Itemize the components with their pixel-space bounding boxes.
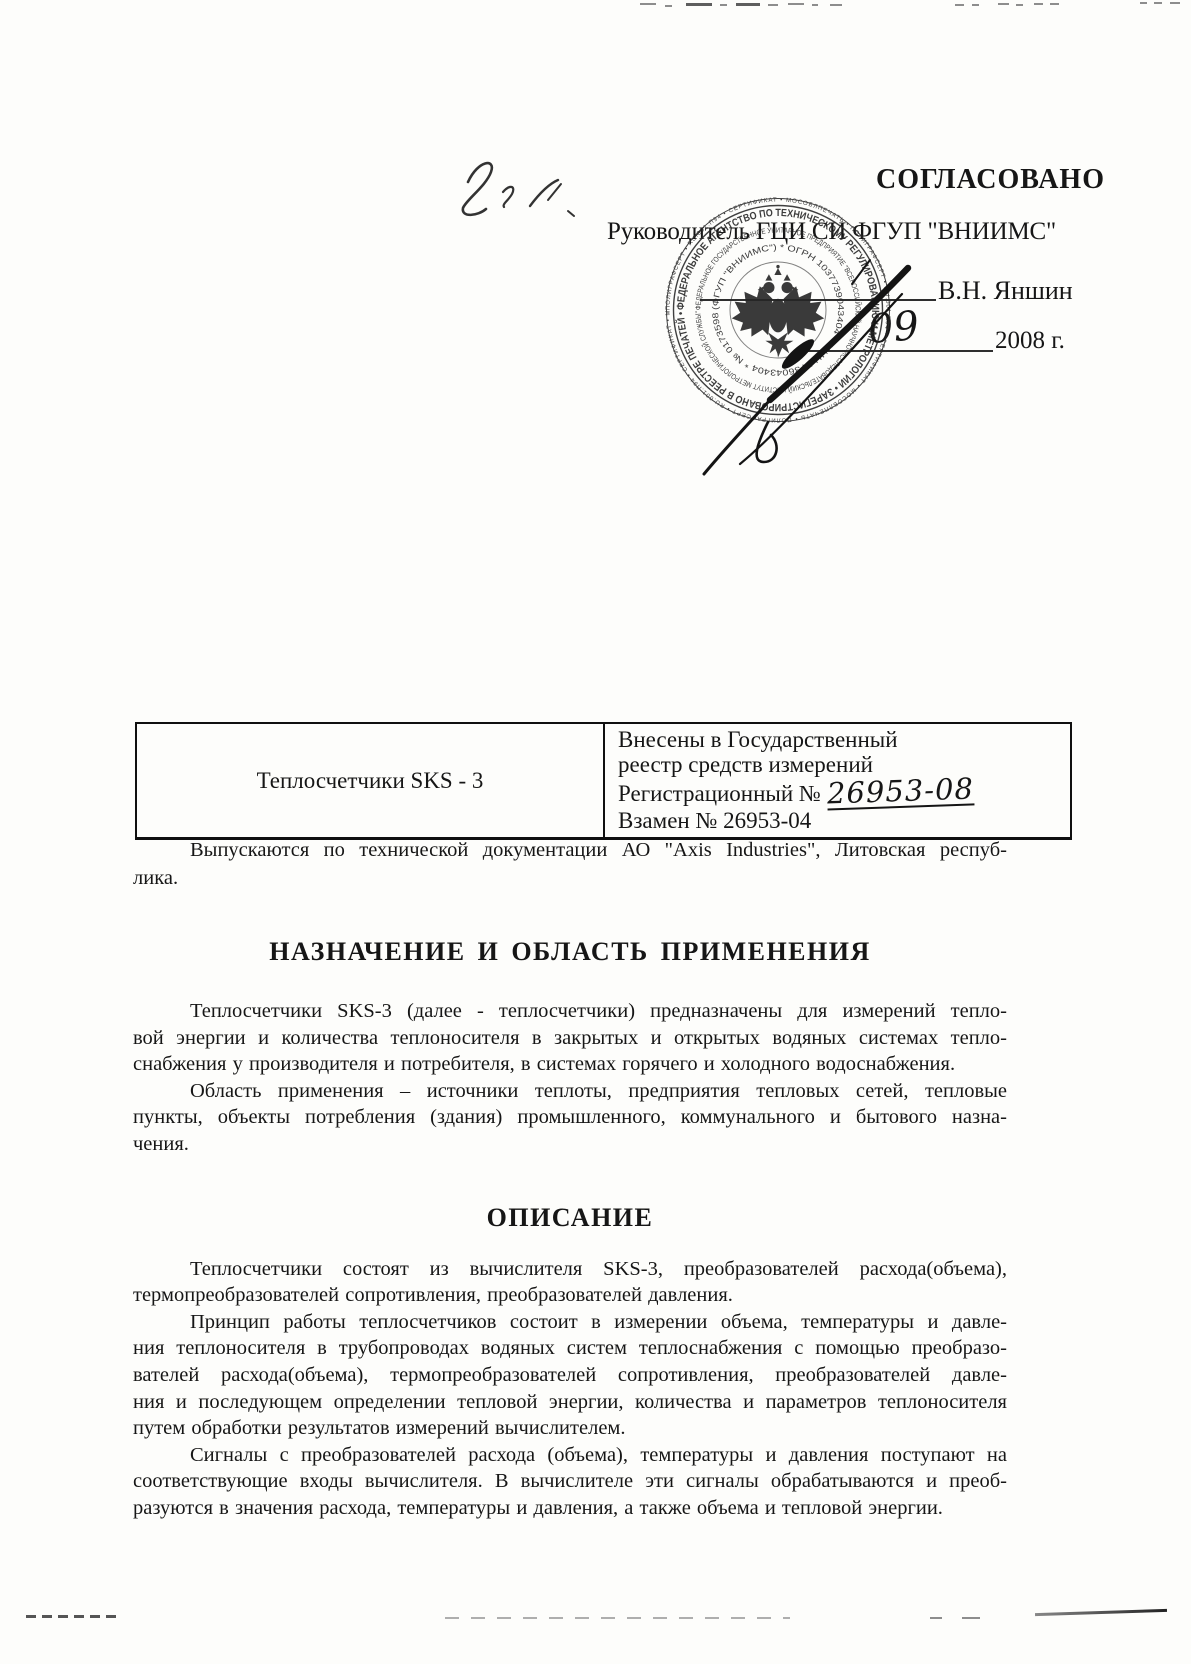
text-line: Принцип работы теплосчетчиков состоит в … [133,1309,1007,1336]
approval-year: 2008 г. [995,327,1065,355]
scan-artifact [1140,2,1147,4]
paragraph: Сигналы с преобразователей расхода (объе… [133,1442,1007,1522]
approver-name: В.Н. Яншин [938,276,1073,306]
text-line: Сигналы с преобразователей расхода (объе… [133,1442,1007,1469]
text-line: пункты, объекты потребления (здания) про… [133,1104,1007,1131]
scan-artifact [1035,1609,1167,1616]
scan-artifact [736,3,760,6]
text-line: Теплосчетчики состоят из вычислителя SKS… [133,1256,1007,1283]
scan-artifact [962,1617,980,1619]
paragraph: Теплосчетчики состоят из вычислителя SKS… [133,1256,1007,1309]
intro-paragraph: Выпускаются по технической документации … [133,836,1007,892]
registry-line: Внесены в Государственный [618,727,1062,752]
registry-line: реестр средств измерений [618,752,1062,777]
text-line: термопреобразователей сопротивления, пре… [133,1282,1007,1309]
text-line: чения. [133,1131,1007,1158]
text-line: снабжения у производителя и потребителя,… [133,1051,1007,1078]
scan-artifact [1170,2,1180,4]
scan-artifact [26,1615,118,1618]
text-line: Теплосчетчики SKS-3 (далее - теплосчетчи… [133,998,1007,1025]
text-line: вой энергии и количества теплоносителя в… [133,1025,1007,1052]
registration-label: Регистрационный № [618,781,827,806]
text-line: Область применения – источники теплоты, … [133,1078,1007,1105]
registry-info-cell: Внесены в Государственный реестр средств… [605,724,1070,837]
registration-number-line: Регистрационный № 26953-08 [618,777,1062,808]
product-name-cell: Теплосчетчики SKS - 3 [137,724,605,837]
scan-artifact [812,4,818,6]
replaces-line: Взамен № 26953-04 [618,808,1062,833]
text-line: ния теплоносителя в трубопроводах водяны… [133,1335,1007,1362]
text-line: ния и последующем определении тепловой э… [133,1389,1007,1416]
scan-artifact [930,1617,942,1619]
scan-artifact [998,3,1009,5]
text-line: лика. [133,864,1007,892]
scan-artifact [1034,3,1043,5]
approval-status: СОГЛАСОВАНО [876,164,1105,196]
signature [618,228,938,478]
handwritten-registration-number: 26953-08 [826,774,974,810]
scan-artifact [686,3,712,6]
scan-artifact [720,4,727,6]
scan-artifact [1154,2,1162,4]
scan-artifact [445,1617,790,1619]
section-heading-purpose: НАЗНАЧЕНИЕ И ОБЛАСТЬ ПРИМЕНЕНИЯ [133,937,1007,967]
document-body: НАЗНАЧЕНИЕ И ОБЛАСТЬ ПРИМЕНЕНИЯ Теплосче… [133,937,1007,1522]
scan-artifact [768,4,778,6]
handwritten-mark [448,156,593,234]
scan-artifact [830,4,842,6]
product-name: Теплосчетчики SKS - 3 [257,768,484,794]
scan-artifact [972,4,979,6]
text-line: вателей расхода(объема), термопреобразов… [133,1362,1007,1389]
scan-artifact [640,3,656,5]
section-heading-description: ОПИСАНИЕ [133,1203,1007,1233]
text-line: соответствующие входы вычислителя. В выч… [133,1468,1007,1495]
scan-artifact [955,4,964,6]
scan-artifact [1050,3,1059,5]
text-line: Выпускаются по технической документации … [133,836,1007,864]
registry-table: Теплосчетчики SKS - 3 Внесены в Государс… [135,722,1072,840]
paragraph: Область применения – источники теплоты, … [133,1078,1007,1158]
scan-artifact [1016,4,1023,6]
paragraph: Теплосчетчики SKS-3 (далее - теплосчетчи… [133,998,1007,1078]
paragraph: Принцип работы теплосчетчиков состоит в … [133,1309,1007,1442]
document-page: СОГЛАСОВАНО Руководитель ГЦИ СИ ФГУП "ВН… [0,0,1191,1664]
text-line: путем обработки результатов измерений вы… [133,1415,1007,1442]
scan-artifact [788,3,804,5]
scan-artifact [665,5,672,7]
text-line: разуются в значения расхода, температуры… [133,1495,1007,1522]
